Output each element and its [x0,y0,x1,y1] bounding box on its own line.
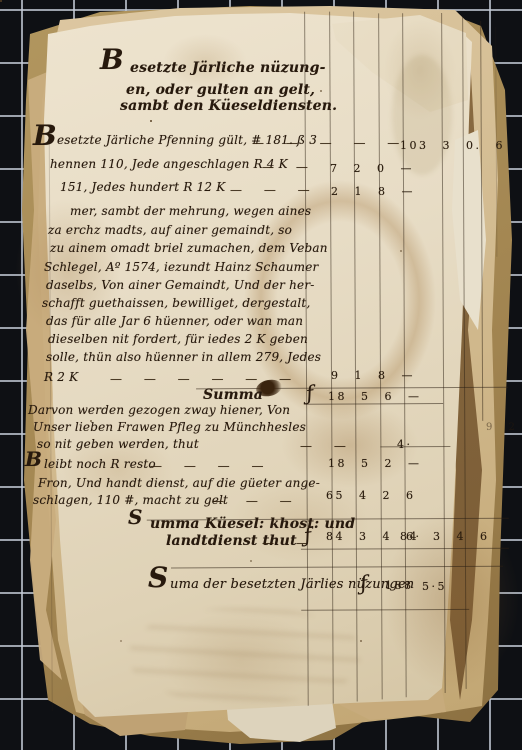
paragraph-line: za erchz madts, auf ainer gemaindt, so [48,223,292,237]
row6-text: leibt noch R resto [44,457,156,471]
grand-total-amount: 188 [385,579,414,592]
summa1-amount: 18 5 6 — [328,390,421,403]
heading-initial: B [100,50,124,70]
paragraph-line: dieselben nit fordert, für iedes 2 K geb… [48,332,308,346]
paragraph-line: schafft guethaissen, bewilliget, dergest… [42,296,310,310]
row3-amount: 2 1 8 — [331,185,415,198]
row2-dashes: — — [262,160,310,174]
grand-total-amount-2: 5·5 [422,580,447,593]
summa1-florin-mark: ƒ [304,381,315,406]
row6-dashes: — — — — [150,459,265,473]
row3-dashes: — — — [230,183,312,197]
grand-total-label: uma der besetzten Järlies nüzungen [170,577,414,592]
row7-dashes: — — — [212,494,294,508]
paragraph-line: Fron, Und handt dienst, auf die güeter a… [38,476,320,490]
row1-amount-right: 103 3 0. 6 [400,139,505,152]
row6-initial: B [25,451,42,467]
paragraph-line: mer, sambt der mehrung, wegen aines [70,204,311,218]
row4-text: R 2 K [44,370,78,384]
grand-total-initial: S [148,568,168,588]
row2-amount: 7 2 0 — [330,162,414,175]
heading-line-1: esetzte Järliche nüzung- [130,60,326,76]
summa2-amount-right: 84 3 4 6 [400,530,489,543]
row1-dashes: — — — — — [252,136,401,150]
paragraph-line: das für alle Jar 6 hüenner, oder wan man [46,314,303,328]
summa2-dashes: — — [262,536,310,550]
row1-initial: B [33,126,57,146]
row6-amount: 18 5 2 — [328,457,421,470]
heading-line-2: en, oder gulten an gelt, [126,82,315,98]
row7-amount: 65 4 2 6 [326,489,415,502]
paragraph-line: solle, thün also hüenner in allem 279, J… [46,350,321,364]
paragraph-line: Schlegel, Aº 1574, iezundt Hainz Schaume… [44,260,318,274]
row5-dashes: — — [300,439,348,453]
row4-dashes: — — — — — — [110,372,293,386]
handwriting-layer: B esetzte Järliche nüzung- en, oder gult… [0,0,522,750]
row4-amount: 9 1 8 — [331,369,415,382]
row3-text: 151, Jedes hundert R 12 K [60,180,225,194]
paragraph-line: Unser lieben Frawen Pfleg zu Münchhesles [33,420,306,434]
paragraph-line: so nit geben werden, thut [37,437,199,451]
summa1-label: Summa [203,387,263,403]
summa2-initial: S [128,509,143,525]
paragraph-line: daselbs, Von ainer Gemaindt, Und der her… [46,278,315,292]
row2-text: hennen 110, Jede angeschlagen R 4 K [50,157,288,171]
heading-line-3: sambt den Küeseldiensten. [120,98,337,114]
faint-margin-number: 9 2 [486,422,517,433]
paragraph-line: Darvon werden gezogen zway hiener, Von [28,403,290,417]
summa2-label-1: umma Küesel: khost: und [150,516,355,532]
paragraph-line: zu ainem omadt briel zumachen, dem Veban [50,241,328,255]
row5-amount: 4· [397,438,413,451]
photo-scene: B esetzte Järliche nüzung- en, oder gult… [0,0,522,750]
